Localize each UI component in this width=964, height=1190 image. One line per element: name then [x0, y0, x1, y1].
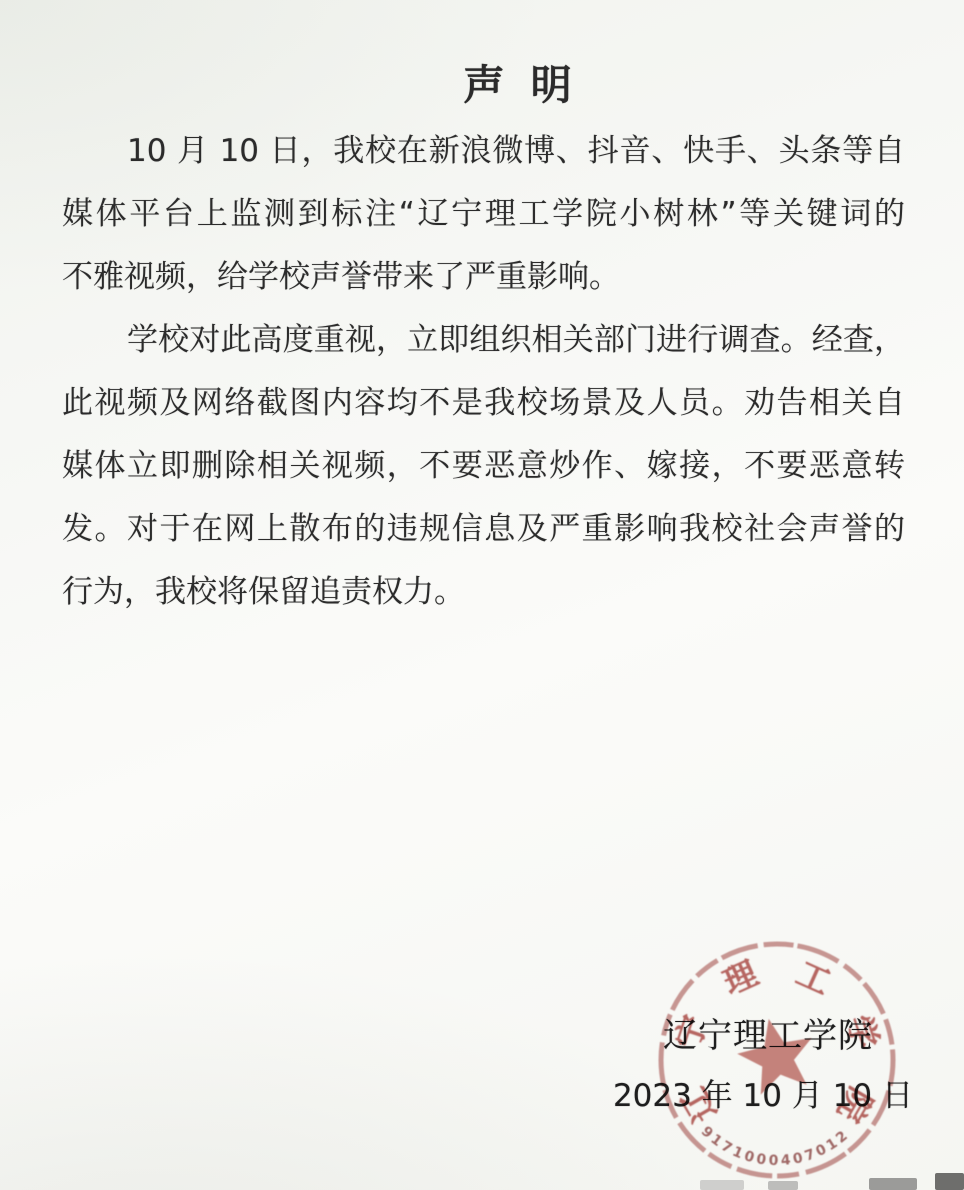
document-body: 10 月 10 日，我校在新浪微博、抖音、快手、头条等自 媒体平台上监测到标注“…	[62, 130, 905, 634]
statement-line: 学校对此高度重视，立即组织相关部门进行调查。经查，	[62, 319, 905, 382]
statement-document: 声 明 10 月 10 日，我校在新浪微博、抖音、快手、头条等自 媒体平台上监测…	[0, 0, 964, 1190]
cropped-bottom-artifact	[935, 1173, 964, 1190]
statement-line: 此视频及网络截图内容均不是我校场景及人员。劝告相关自	[62, 382, 905, 445]
statement-line: 不雅视频，给学校声誉带来了严重影响。	[62, 256, 905, 319]
document-title: 声 明	[62, 52, 905, 111]
seal-serial-digit: 4	[780, 1152, 791, 1169]
statement-line: 媒体平台上监测到标注“辽宁理工学院小树林”等关键词的	[62, 193, 905, 256]
statement-line: 发。对于在网上散布的违规信息及严重影响我校社会声誉的	[62, 508, 905, 571]
statement-line: 行为，我校将保留追责权力。	[62, 571, 905, 634]
official-seal-stamp: 辽宁理工学院 2107040001719	[647, 930, 907, 1190]
seal-ring-and-star-icon	[647, 930, 907, 1190]
cropped-bottom-artifact	[700, 1180, 744, 1190]
seal-star-icon	[732, 1011, 821, 1098]
statement-line: 媒体立即删除相关视频，不要恶意炒作、嫁接，不要恶意转	[62, 445, 905, 508]
seal-serial-digit: 0	[768, 1153, 778, 1169]
cropped-bottom-artifact	[869, 1178, 917, 1190]
cropped-bottom-artifact	[768, 1181, 798, 1190]
statement-line: 10 月 10 日，我校在新浪微博、抖音、快手、头条等自	[62, 130, 905, 193]
